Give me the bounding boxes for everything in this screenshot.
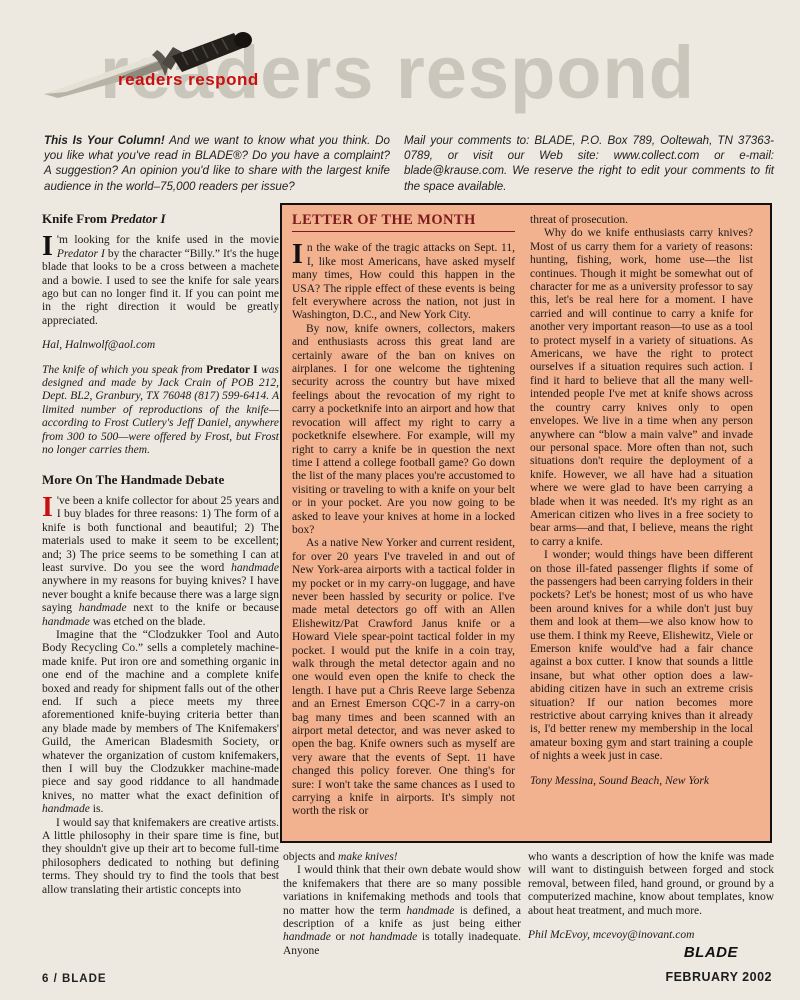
section-heading-handmade: More On The Handmade Debate bbox=[42, 473, 279, 486]
letter-box-col1: LETTER OF THE MONTH In the wake of the t… bbox=[292, 214, 515, 819]
letter-of-the-month-box: LETTER OF THE MONTH In the wake of the t… bbox=[280, 203, 772, 843]
letter-paragraph: As a native New Yorker and current resid… bbox=[292, 537, 515, 819]
letter-signature: Phil McEvoy, mcevoy@inovant.com bbox=[528, 929, 774, 942]
letter-paragraph: objects and make knives! bbox=[283, 851, 521, 864]
letter-paragraph: I've been a knife collector for about 25… bbox=[42, 495, 279, 629]
letter-paragraph: In the wake of the tragic attacks on Sep… bbox=[292, 242, 515, 322]
left-column: Knife From Predator I I'm looking for th… bbox=[42, 212, 279, 897]
blade-logo: BLADE bbox=[684, 944, 738, 961]
dropcap-red: I bbox=[42, 495, 57, 520]
page-folio: 6 / BLADE bbox=[42, 973, 107, 985]
letter-paragraph: I wonder; would things have been differe… bbox=[530, 549, 753, 764]
letter-paragraph: Why do we knife enthusiasts carry knives… bbox=[530, 227, 753, 549]
intro-lead: This Is Your Column! bbox=[44, 134, 165, 147]
intro-right: Mail your comments to: BLADE, P.O. Box 7… bbox=[404, 133, 774, 194]
continuation-col1: objects and make knives! I would think t… bbox=[283, 851, 521, 958]
letter-paragraph: I would say that knifemakers are creativ… bbox=[42, 817, 279, 897]
letter-signature: Hal, Halnwolf@aol.com bbox=[42, 339, 279, 352]
letter-signature: Tony Messina, Sound Beach, New York bbox=[530, 775, 753, 788]
continuation-col2: who wants a description of how the knife… bbox=[528, 851, 774, 953]
column-title: readers respond bbox=[118, 70, 259, 90]
intro-left: This Is Your Column! And we want to know… bbox=[44, 133, 390, 194]
letter-paragraph: Imagine that the “Clodzukker Tool and Au… bbox=[42, 629, 279, 817]
letter-paragraph: I'm looking for the knife used in the mo… bbox=[42, 234, 279, 328]
dropcap: I bbox=[292, 242, 307, 267]
editor-reply: The knife of which you speak from Predat… bbox=[42, 364, 279, 458]
letter-paragraph: By now, knife owners, collectors, makers… bbox=[292, 323, 515, 538]
letter-of-the-month-heading: LETTER OF THE MONTH bbox=[292, 214, 515, 232]
letter-paragraph: I would think that their own debate woul… bbox=[283, 864, 521, 958]
dropcap: I bbox=[42, 234, 57, 259]
letter-box-col2: threat of prosecution. Why do we knife e… bbox=[530, 214, 753, 819]
issue-date: FEBRUARY 2002 bbox=[665, 970, 772, 984]
section-heading-predator: Knife From Predator I bbox=[42, 212, 279, 225]
magazine-page: readers respond readers respond This Is … bbox=[0, 0, 800, 1000]
letter-paragraph: threat of prosecution. bbox=[530, 214, 753, 227]
letter-paragraph: who wants a description of how the knife… bbox=[528, 851, 774, 918]
